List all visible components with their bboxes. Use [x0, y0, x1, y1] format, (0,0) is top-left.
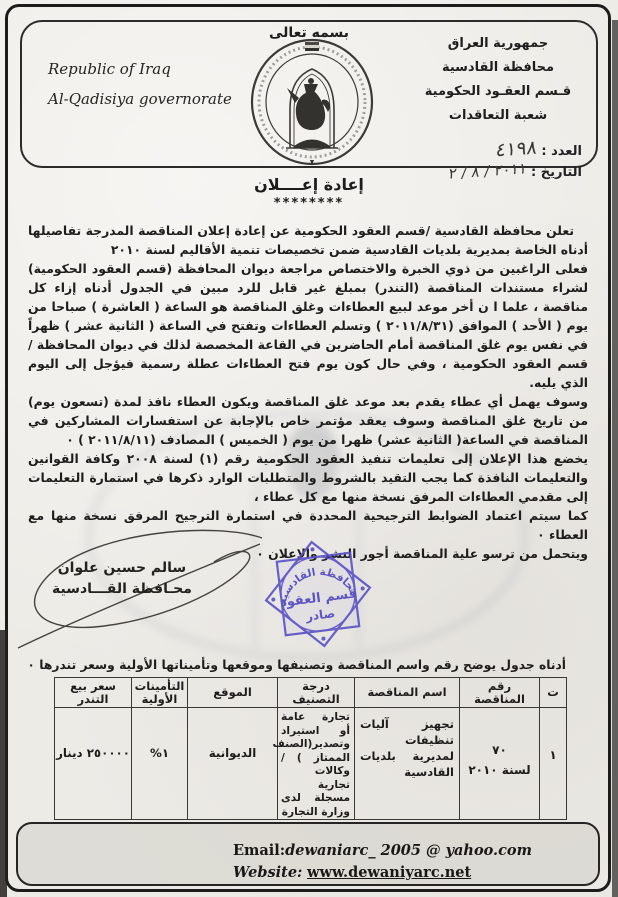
english-letterhead: Republic of Iraq Al-Qadisiya governorate: [48, 54, 232, 114]
col-header-tender-name: اسم المناقصة: [355, 678, 460, 708]
cell-seq: ١: [540, 708, 567, 820]
arabic-line-governorate: محافظة القادسية: [410, 56, 586, 80]
announcement-body: تعلن محافظة القادسية /قسم العقود الحكومي…: [28, 221, 588, 563]
footer-contact-text: Email:dewaniarc_ 2005 @ yahoo.com Websit…: [233, 840, 532, 884]
tender-number-year: لسنة ٢٠١٠: [460, 760, 539, 780]
scanned-document-page: بسمه تعالى Republic of Iraq Al-Qadisiya …: [0, 0, 618, 897]
col-header-location: الموقع: [188, 678, 278, 708]
english-line-governorate: Al-Qadisiya governorate: [48, 84, 232, 114]
cell-classification: تجارة عامة أو استيراد وتصدير(الصنف الممت…: [278, 708, 355, 820]
table-intro-line: أدناه جدول يوضح رقم واسم المناقصة وتصنيف…: [27, 658, 566, 672]
tender-price-value: ٢٥٠٠٠٠ دينار: [56, 746, 130, 760]
cell-initial-deposit: ١%: [132, 708, 188, 820]
tender-table: ت رقم المناقصة اسم المناقصة درجة التصنيف…: [54, 677, 567, 820]
reference-number-label: العدد :: [541, 144, 582, 159]
table-header-row: ت رقم المناقصة اسم المناقصة درجة التصنيف…: [55, 678, 567, 708]
document-title: إعادة إعــــلان: [0, 175, 618, 194]
arabic-letterhead: جمهورية العراق محافظة القادسية قـسم العق…: [410, 32, 586, 128]
col-header-tender-number: رقم المناقصة: [460, 678, 540, 708]
cell-tender-name: تجهيز آليات تنظيفات لمديرية بلديات القاد…: [355, 708, 460, 820]
scan-edge-artifact-right: [612, 20, 618, 897]
letterhead-box: بسمه تعالى Republic of Iraq Al-Qadisiya …: [20, 20, 598, 168]
cell-tender-number: ٧٠ لسنة ٢٠١٠: [460, 708, 540, 820]
signatory-title: محـافظة القـــادسية: [52, 579, 192, 600]
tender-number-value: ٧٠: [460, 740, 539, 760]
footer-website-line: Website: www.dewaniyarc.net: [233, 862, 532, 884]
arabic-line-country: جمهورية العراق: [410, 32, 586, 56]
reference-number-line: العدد : ٤١٩٨: [496, 138, 582, 160]
arabic-line-department: قـسم العقـود الحكومية: [410, 80, 586, 104]
signatory-name: سالم حسين علوان: [52, 558, 192, 579]
body-paragraph: تعلن محافظة القادسية /قسم العقود الحكومي…: [28, 221, 588, 259]
col-header-initial-deposit: التأمينات الأولية: [132, 678, 188, 708]
signatory-block: سالم حسين علوان محـافظة القـــادسية: [52, 558, 192, 600]
cell-location: الديوانية: [188, 708, 278, 820]
scan-edge-artifact-left: [0, 630, 7, 897]
english-line-country: Republic of Iraq: [48, 54, 232, 84]
email-label: Email:: [233, 842, 285, 859]
department-stamp-icon: محافظة القادسية قسم العقود صادر: [252, 536, 384, 654]
col-header-classification: درجة التصنيف: [278, 678, 355, 708]
body-paragraph: يخضع هذا الإعلان إلى تعليمات تنفيذ العقو…: [28, 449, 588, 506]
title-stars-divider: ********: [0, 196, 618, 211]
body-paragraph: وسوف يهمل أي عطاء يقدم بعد موعد غلق المن…: [28, 392, 588, 449]
governorate-seal-icon: [242, 30, 382, 170]
col-header-tender-price: سعر بيع التندر: [55, 678, 132, 708]
website-value: www.dewaniyarc.net: [307, 864, 471, 881]
col-header-seq: ت: [540, 678, 567, 708]
table-row: ١ ٧٠ لسنة ٢٠١٠ تجهيز آليات تنظيفات لمدير…: [55, 708, 567, 820]
website-label: Website:: [233, 864, 302, 881]
footer-email-line: Email:dewaniarc_ 2005 @ yahoo.com: [233, 840, 532, 862]
body-paragraph: فعلى الراغبين من ذوي الخبرة والاختصاص مر…: [28, 259, 588, 392]
arabic-line-division: شعبة التعاقدات: [410, 104, 586, 128]
cell-tender-price: ٢٥٠٠٠٠ دينار: [55, 708, 132, 820]
email-value: dewaniarc_ 2005 @ yahoo.com: [285, 842, 532, 859]
reference-number-handwritten: ٤١٩٨: [495, 137, 539, 162]
